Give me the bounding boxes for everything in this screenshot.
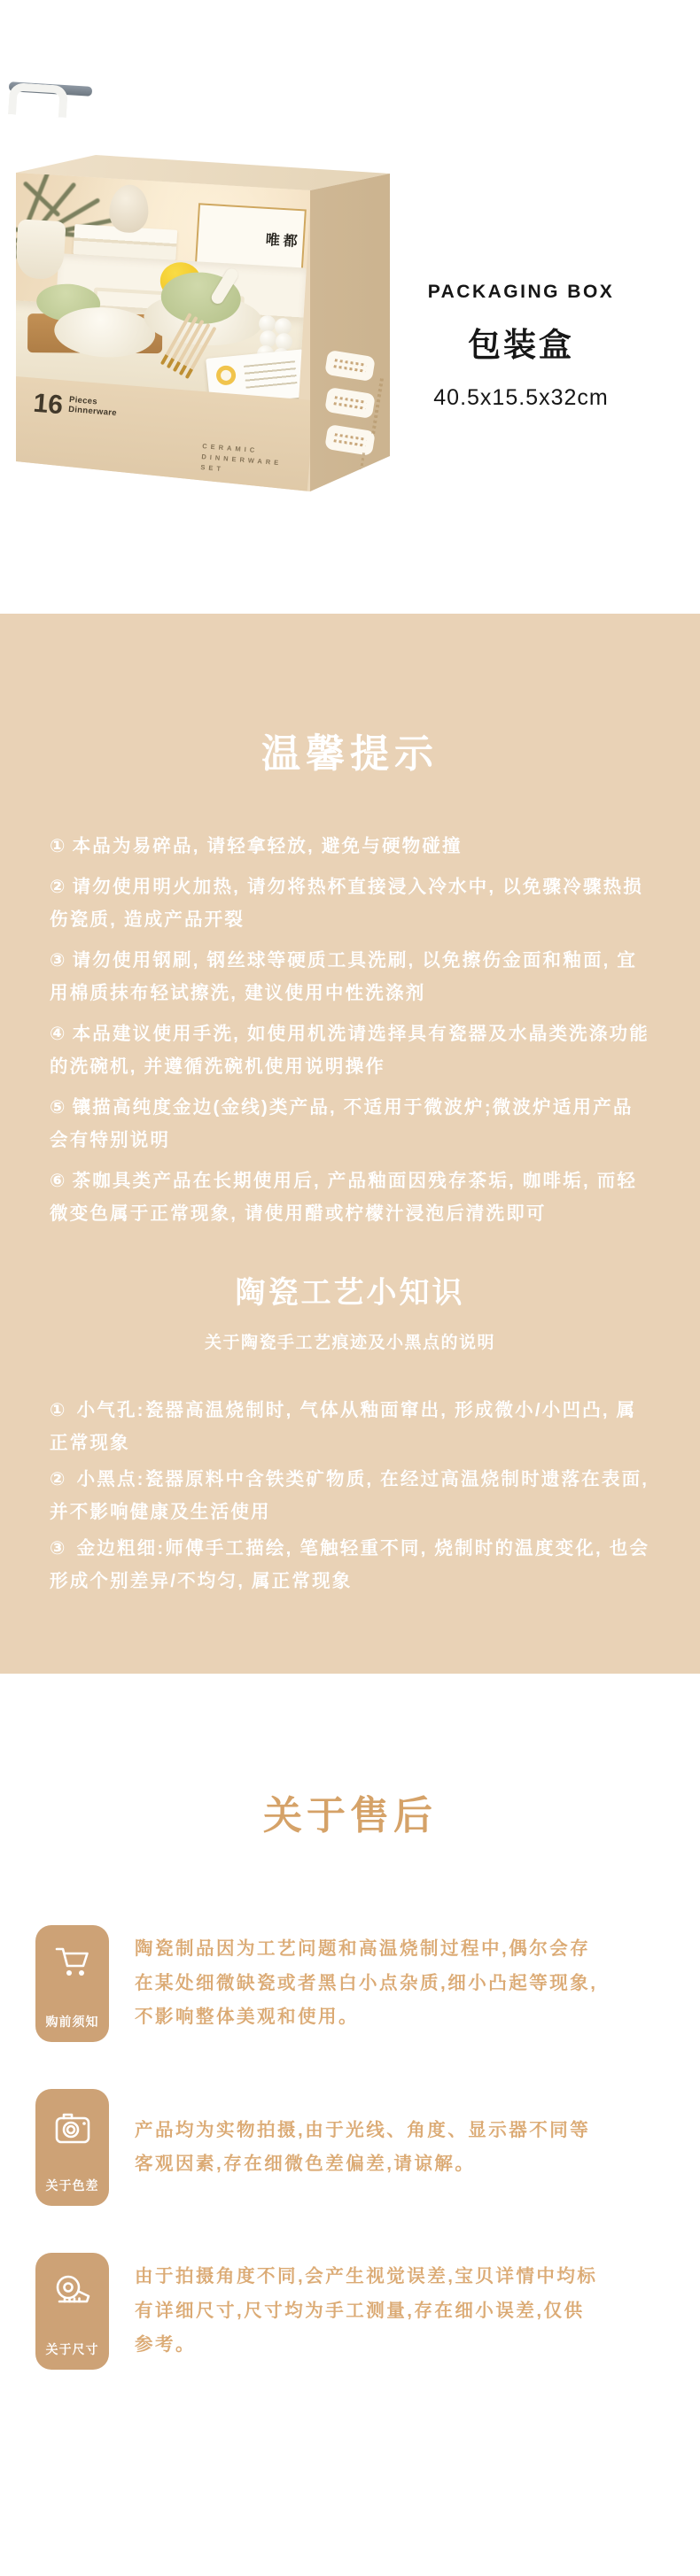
tile-label: 关于色差: [35, 2177, 109, 2194]
knowledge-item: ①小气孔:瓷器高温烧制时, 气体从釉面窜出, 形成微小/小凹凸, 属正常现象: [50, 1394, 650, 1460]
knowledge-heading: 陶瓷工艺小知识: [0, 1268, 700, 1311]
tip-num: ④: [50, 1024, 67, 1044]
knowledge-item: ②小黑点:瓷器原料中含铁类矿物质, 在经过高温烧制时遗落在表面, 并不影响健康及…: [50, 1463, 650, 1529]
knowledge-item: ③金边粗细:师傅手工描绘, 笔触轻重不同, 烧制时的温度变化, 也会形成个别差异…: [50, 1532, 650, 1598]
brand-logo: 唯都: [265, 228, 301, 251]
aftersales-paragraph: 陶瓷制品因为工艺问题和高温烧制过程中,偶尔会存在某处细微缺瓷或者黑白小点杂质,细…: [135, 1932, 603, 2035]
aftersales-section: 关于售后 购前须知 陶瓷制品因为工艺问题和高温烧制过程中,偶尔会存在某处细微缺瓷…: [0, 1674, 700, 2576]
card-text-lines: [244, 360, 297, 389]
knowledge-num: ①: [50, 1400, 67, 1420]
knowledge-num: ③: [50, 1538, 67, 1559]
tape-measure-icon: [52, 2272, 93, 2309]
pieces-labels: Pieces Dinnerware: [68, 395, 118, 418]
side-label-pill: [324, 424, 376, 456]
aftersales-rows: 购前须知 陶瓷制品因为工艺问题和高温烧制过程中,偶尔会存在某处细微缺瓷或者黑白小…: [0, 1925, 700, 2370]
tip-item: ⑤镶描高纯度金边(金线)类产品, 不适用于微波炉;微波炉适用产品会有特别说明: [50, 1091, 650, 1157]
box-handle: [8, 82, 68, 118]
product-detail-page: 唯都: [0, 0, 700, 2576]
tip-item: ①本品为易碎品, 请轻拿轻放, 避免与硬物碰撞: [50, 830, 650, 863]
tip-text: 茶咖具类产品在长期使用后, 产品釉面因残存茶垢, 咖啡垢, 而轻微变色属于正常现…: [50, 1171, 637, 1225]
tip-item: ④本品建议使用手洗, 如使用机洗请选择具有瓷器及水晶类洗涤功能的洗碗机, 并遵循…: [50, 1017, 650, 1084]
knowledge-list: ①小气孔:瓷器高温烧制时, 气体从釉面窜出, 形成微小/小凹凸, 属正常现象 ②…: [50, 1394, 650, 1598]
hero-section: 唯都: [0, 0, 700, 614]
tip-item: ⑥茶咖具类产品在长期使用后, 产品釉面因残存茶垢, 咖啡垢, 而轻微变色属于正常…: [50, 1164, 650, 1231]
photo-scene: 唯都: [3, 169, 311, 409]
tip-text: 本品建议使用手洗, 如使用机洗请选择具有瓷器及水晶类洗涤功能的洗碗机, 并遵循洗…: [50, 1024, 649, 1078]
icon-tile: 关于尺寸: [35, 2253, 109, 2370]
icon-tile: 购前须知: [35, 1925, 109, 2042]
tip-num: ②: [50, 877, 67, 897]
tips-list: ①本品为易碎品, 请轻拿轻放, 避免与硬物碰撞 ②请勿使用明火加热, 请勿将热杯…: [50, 830, 650, 1231]
tip-item: ③请勿使用钢刷, 钢丝球等硬质工具洗刷, 以免擦伤金面和釉面, 宜用棉质抹布轻试…: [50, 944, 650, 1010]
tile-label: 关于尺寸: [35, 2340, 109, 2358]
side-label-pill: [324, 350, 376, 382]
product-photo: 唯都: [9, 84, 399, 491]
tip-text: 请勿使用明火加热, 请勿将热杯直接浸入冷水中, 以免骤冷骤热损伤瓷质, 造成产品…: [50, 877, 643, 931]
hero-text-block: PACKAGING BOX 包装盒 40.5x15.5x32cm: [372, 282, 670, 411]
side-label-pill: [324, 387, 376, 419]
hero-dimensions: 40.5x15.5x32cm: [372, 385, 670, 411]
watermark-text: CERAMIC DINNERWARE SET: [200, 441, 292, 480]
tips-section: 温馨提示 ①本品为易碎品, 请轻拿轻放, 避免与硬物碰撞 ②请勿使用明火加热, …: [0, 614, 700, 1674]
aftersales-text: 陶瓷制品因为工艺问题和高温烧制过程中,偶尔会存在某处细微缺瓷或者黑白小点杂质,细…: [135, 1925, 603, 2042]
side-fineprint: [357, 453, 365, 488]
icon-tile: 关于色差: [35, 2089, 109, 2206]
tips-heading: 温馨提示: [0, 614, 700, 778]
front-band: 16 Pieces Dinnerware CERAMIC DINNERWARE …: [6, 376, 315, 526]
tip-num: ③: [50, 950, 67, 971]
hero-title-cn: 包装盒: [372, 318, 670, 366]
lemon-print: [215, 365, 237, 386]
tip-text: 本品为易碎品, 请轻拿轻放, 避免与硬物碰撞: [73, 836, 463, 856]
aftersales-row: 关于色差 产品均为实物拍摄,由于光线、角度、显示器不同等客观因素,存在细微色差偏…: [35, 2089, 700, 2206]
knowledge-subheading: 关于陶瓷手工艺痕迹及小黑点的说明: [0, 1329, 700, 1353]
tip-num: ⑥: [50, 1171, 67, 1191]
cart-icon: [52, 1945, 93, 1982]
knowledge-num: ②: [50, 1469, 67, 1489]
aftersales-row: 关于尺寸 由于拍摄角度不同,会产生视觉误差,宝贝详情中均标有详细尺寸,尺寸均为手…: [35, 2253, 700, 2370]
aftersales-heading: 关于售后: [0, 1674, 700, 1840]
hero-title-en: PACKAGING BOX: [372, 282, 670, 303]
tip-item: ②请勿使用明火加热, 请勿将热杯直接浸入冷水中, 以免骤冷骤热损伤瓷质, 造成产…: [50, 870, 650, 937]
camera-icon: [52, 2108, 93, 2147]
knowledge-text: 小气孔:瓷器高温烧制时, 气体从釉面窜出, 形成微小/小凹凸, 属正常现象: [50, 1400, 636, 1454]
aftersales-paragraph: 产品均为实物拍摄,由于光线、角度、显示器不同等客观因素,存在细微色差偏差,请谅解…: [135, 2114, 603, 2182]
tip-text: 请勿使用钢刷, 钢丝球等硬质工具洗刷, 以免擦伤金面和釉面, 宜用棉质抹布轻试擦…: [50, 950, 637, 1004]
aftersales-text: 由于拍摄角度不同,会产生视觉误差,宝贝详情中均标有详细尺寸,尺寸均为手工测量,存…: [135, 2253, 603, 2370]
tip-num: ⑤: [50, 1097, 67, 1118]
tip-num: ①: [50, 836, 67, 856]
aftersales-paragraph: 由于拍摄角度不同,会产生视觉误差,宝贝详情中均标有详细尺寸,尺寸均为手工测量,存…: [135, 2260, 603, 2363]
aftersales-row: 购前须知 陶瓷制品因为工艺问题和高温烧制过程中,偶尔会存在某处细微缺瓷或者黑白小…: [35, 1925, 700, 2042]
aftersales-text: 产品均为实物拍摄,由于光线、角度、显示器不同等客观因素,存在细微色差偏差,请谅解…: [135, 2089, 603, 2206]
knowledge-text: 小黑点:瓷器原料中含铁类矿物质, 在经过高温烧制时遗落在表面, 并不影响健康及生…: [50, 1469, 649, 1523]
tile-label: 购前须知: [35, 2013, 109, 2031]
pieces-count: 16: [32, 389, 64, 422]
tip-text: 镶描高纯度金边(金线)类产品, 不适用于微波炉;微波炉适用产品会有特别说明: [50, 1097, 634, 1151]
knowledge-text: 金边粗细:师傅手工描绘, 笔触轻重不同, 烧制时的温度变化, 也会形成个别差异/…: [50, 1538, 649, 1592]
